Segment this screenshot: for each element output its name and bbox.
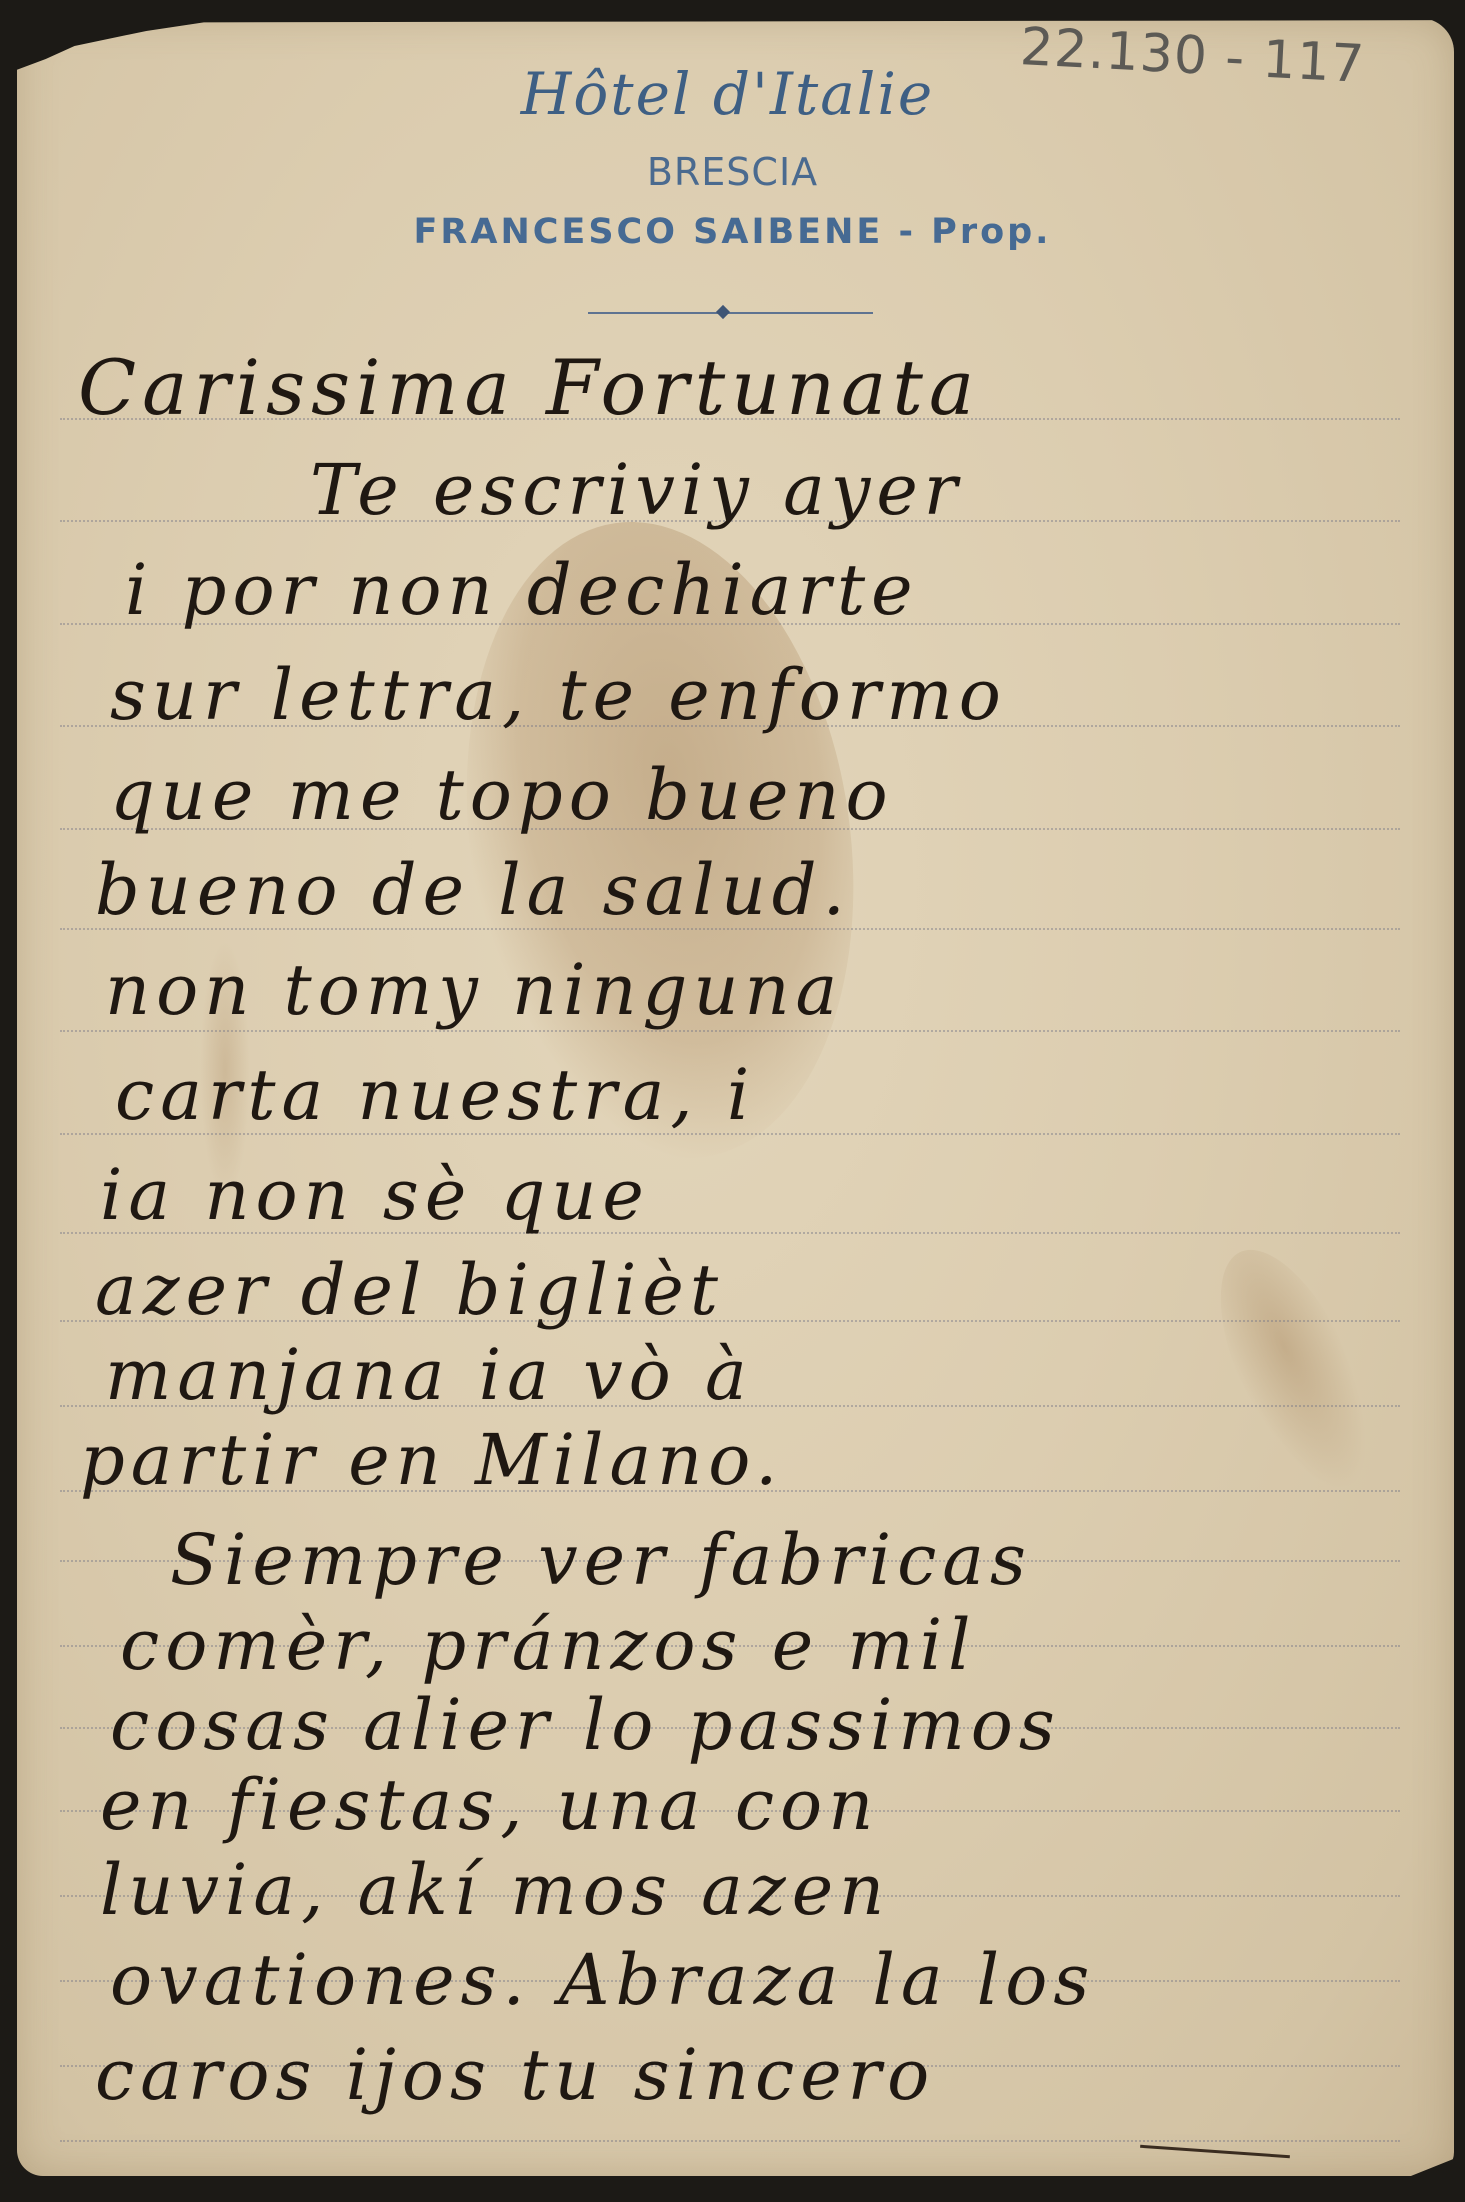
handwritten-line: ovationes. Abraza la los: [110, 1945, 1095, 2015]
ruled-line: [60, 2140, 1400, 2142]
hotel-city: BRESCIA: [0, 150, 1465, 194]
handwritten-line: Carissima Fortunata: [78, 350, 980, 426]
handwritten-line: en fiestas, una con: [100, 1770, 879, 1840]
handwritten-line: i por non dechiarte: [125, 555, 919, 625]
handwritten-line: sur lettra, te enformo: [110, 660, 1007, 730]
handwritten-line: cosas alier lo passimos: [110, 1690, 1061, 1760]
hotel-name: Hôtel d'Italie: [0, 60, 1465, 128]
letterhead-divider: [588, 312, 873, 314]
handwritten-line: carta nuestra, i: [115, 1060, 755, 1130]
handwritten-line: ia non sè que: [100, 1160, 650, 1230]
hotel-proprietor: FRANCESCO SAIBENE - Prop.: [0, 212, 1465, 252]
handwritten-line: bueno de la salud.: [95, 855, 851, 925]
handwritten-line: partir en Milano.: [80, 1425, 783, 1495]
handwritten-line: caros ijos tu sincero: [95, 2040, 935, 2110]
document-scan: 22.130 - 117 Hôtel d'Italie BRESCIA FRAN…: [0, 0, 1465, 2202]
handwritten-line: non tomy ninguna: [105, 955, 843, 1025]
handwritten-line: luvia, akí mos azen: [100, 1855, 890, 1925]
handwritten-line: azer del biglièt: [95, 1255, 724, 1325]
handwritten-line: manjana ia vò à: [105, 1340, 753, 1410]
handwritten-line: Siempre ver fabricas: [170, 1525, 1032, 1595]
letterhead: Hôtel d'Italie BRESCIA FRANCESCO SAIBENE…: [0, 60, 1465, 252]
handwritten-line: Te escriviy ayer: [310, 455, 963, 525]
handwritten-line: que me topo bueno: [110, 760, 894, 830]
handwritten-line: comèr, pránzos e mil: [120, 1610, 977, 1680]
